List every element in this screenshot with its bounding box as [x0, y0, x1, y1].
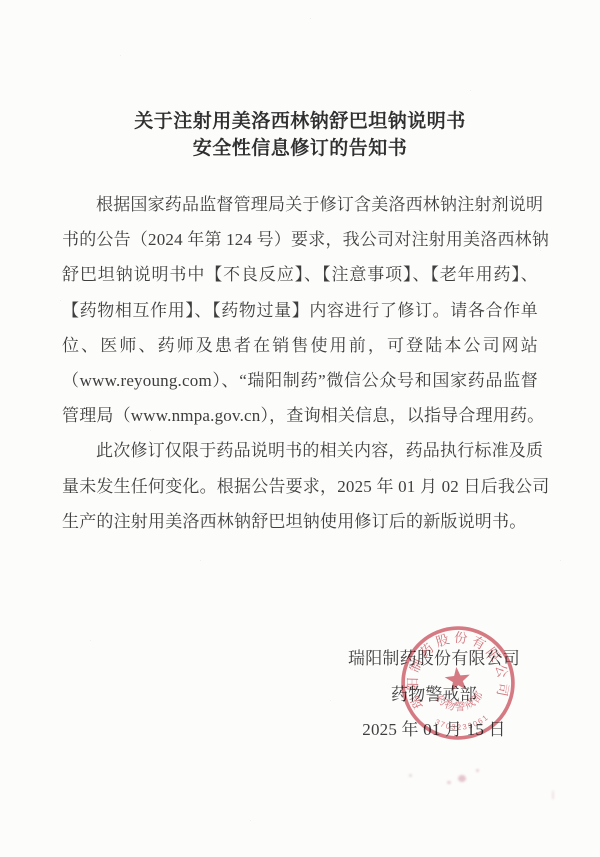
ink-speck	[409, 774, 412, 777]
page-title: 关于注射用美洛西林钠舒巴坦钠说明书 安全性信息修订的告知书	[0, 108, 600, 162]
title-line-2: 安全性信息修订的告知书	[0, 135, 600, 162]
body-line: 位、医师、药师及患者在销售使用前，可登陆本公司网站	[62, 328, 538, 363]
ink-speck	[476, 769, 479, 772]
svg-text:药物警戒部: 药物警戒部	[432, 687, 488, 716]
company-seal-stamp: 瑞阳制药股份有限公司 药物警戒部 3703233061	[391, 616, 525, 750]
body-line: 【药物相互作用】、【药物过量】内容进行了修订。请各合作单	[62, 293, 538, 328]
ink-speck	[552, 790, 554, 800]
body-line: 生产的注射用美洛西林钠舒巴坦钠使用修订后的新版说明书。	[62, 504, 538, 539]
body-line: 量未发生任何变化。根据公告要求，2025 年 01 月 02 日后我公司	[62, 469, 538, 504]
body-line: 书的公告（2024 年第 124 号）要求，我公司对注射用美洛西林钠	[62, 222, 538, 257]
title-line-1: 关于注射用美洛西林钠舒巴坦钠说明书	[0, 108, 600, 135]
seal-star-icon	[444, 666, 472, 692]
ink-speck	[447, 781, 451, 784]
body-line: （www.reyoung.com）、“瑞阳制药”微信公众号和国家药品监督	[62, 363, 538, 398]
body-line: 管理局（www.nmpa.gov.cn），查询相关信息，以指导合理用药。	[62, 398, 538, 433]
scan-noise	[0, 0, 1, 1]
body-line: 此次修订仅限于药品说明书的相关内容，药品执行标准及质	[62, 433, 538, 468]
body-line: 舒巴坦钠说明书中【不良反应】、【注意事项】、【老年用药】、	[62, 257, 538, 292]
scanned-notice-page: 关于注射用美洛西林钠舒巴坦钠说明书 安全性信息修订的告知书 根据国家药品监督管理…	[0, 0, 600, 857]
ink-speck	[458, 775, 466, 782]
body-line: 根据国家药品监督管理局关于修订含美洛西林钠注射剂说明	[62, 187, 538, 222]
seal-inner-text: 药物警戒部	[432, 687, 488, 716]
notice-body: 根据国家药品监督管理局关于修订含美洛西林钠注射剂说明 书的公告（2024 年第 …	[62, 187, 538, 539]
